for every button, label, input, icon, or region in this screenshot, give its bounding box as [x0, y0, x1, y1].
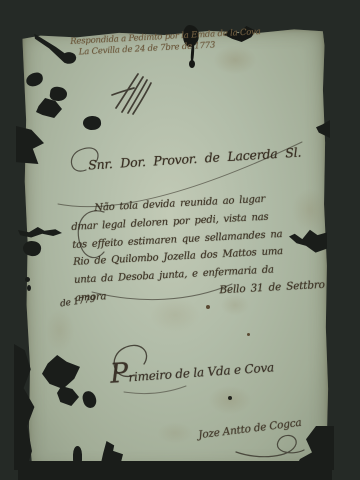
- body-paragraph: Não tola devida reunida ao lugar dmar le…: [70, 188, 325, 308]
- paper-speck: [25, 277, 30, 282]
- photograph-of-manuscript: Respondida a Pedimto por la Emda de la C…: [0, 0, 360, 480]
- edge-loss: [18, 461, 332, 480]
- foxing-dot: [247, 333, 250, 336]
- foxing-dot: [206, 305, 210, 309]
- foxing-dot: [228, 396, 232, 400]
- foxing-stain: [200, 380, 260, 420]
- paper-speck: [27, 285, 31, 291]
- edge-loss: [73, 446, 82, 463]
- ink-drip: [189, 60, 195, 68]
- foxing-stain: [150, 418, 200, 448]
